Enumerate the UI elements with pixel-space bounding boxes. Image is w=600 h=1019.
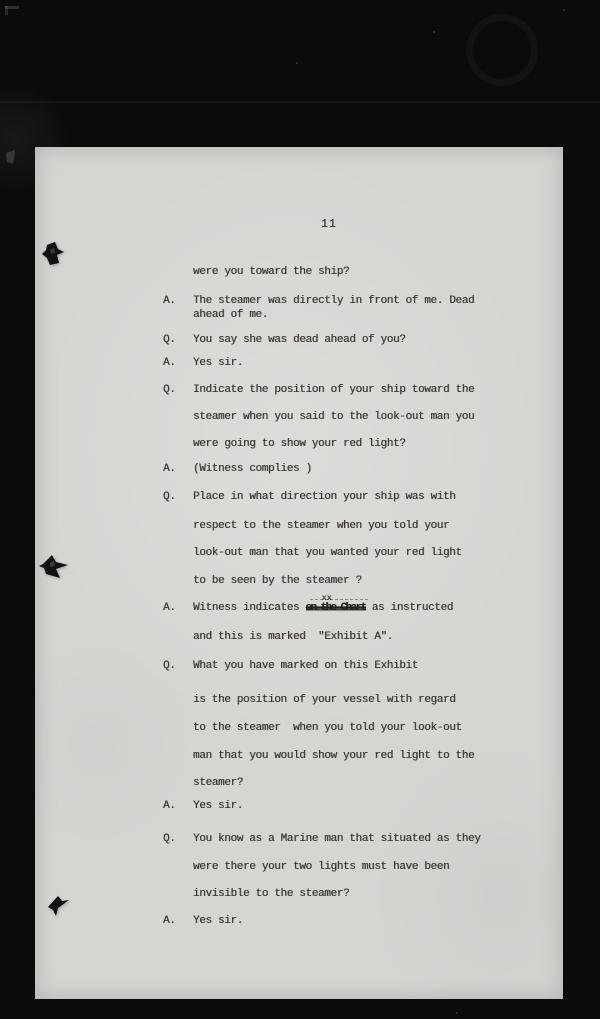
speaker-letter [163, 722, 193, 734]
line-text: The steamer was directly in front of me.… [193, 295, 474, 307]
transcript-line: invisible to the steamer? [163, 888, 349, 900]
speaker-letter [163, 694, 193, 706]
speaker-letter [163, 520, 193, 532]
speaker-letter [163, 888, 193, 900]
speaker-letter: A. [163, 295, 193, 307]
line-text: invisible to the steamer? [193, 888, 349, 900]
transcript-line: A. Witness indicates xxon the Chart as i… [163, 602, 453, 614]
speaker-letter [163, 266, 193, 278]
line-text: You know as a Marine man that situated a… [193, 833, 481, 845]
line-text: man that you would show your red light t… [193, 750, 474, 762]
film-speck [433, 31, 435, 33]
speaker-letter: Q. [163, 334, 193, 346]
transcript-line: Q. Place in what direction your ship was… [163, 491, 456, 503]
film-ring-artifact [466, 14, 538, 86]
speaker-letter [163, 777, 193, 789]
line-text: Yes sir. [193, 800, 243, 812]
line-text: and this is marked "Exhibit A". [193, 631, 393, 643]
transcript-line: A. (Witness complies ) [163, 463, 312, 475]
speaker-letter: A. [163, 463, 193, 475]
struck-out-segment: xxon the Chart [306, 602, 366, 614]
line-text: were you toward the ship? [193, 266, 349, 278]
transcript-line: Q. Indicate the position of your ship to… [163, 384, 474, 396]
transcript-line: were there your two lights must have bee… [163, 861, 449, 873]
transcript-line: A. Yes sir. [163, 357, 243, 369]
transcript-line: ahead of me. [163, 309, 268, 321]
line-text: Indicate the position of your ship towar… [193, 384, 474, 396]
film-scanline-artifact [0, 101, 600, 103]
speaker-letter [163, 547, 193, 559]
transcript-line: A. The steamer was directly in front of … [163, 295, 474, 307]
struck-out-text: on the Chart [306, 602, 366, 614]
film-speck [456, 1012, 458, 1014]
transcript-line: look-out man that you wanted your red li… [163, 547, 462, 559]
speaker-letter: Q. [163, 660, 193, 672]
transcript-line: steamer when you said to the look-out ma… [163, 411, 474, 423]
transcript-line: were going to show your red light? [163, 438, 406, 450]
transcript-line: respect to the steamer when you told you… [163, 520, 449, 532]
line-text: were going to show your red light? [193, 438, 406, 450]
speaker-letter [163, 631, 193, 643]
line-text-post: as instructed [366, 602, 454, 614]
speaker-letter [163, 750, 193, 762]
speaker-letter [163, 411, 193, 423]
transcript-line: man that you would show your red light t… [163, 750, 474, 762]
transcript-line: A. Yes sir. [163, 915, 243, 927]
speaker-letter [163, 575, 193, 587]
line-text: Witness indicates xxon the Chart as inst… [193, 602, 453, 614]
transcript-line: is the position of your vessel with rega… [163, 694, 456, 706]
speaker-letter: A. [163, 602, 193, 614]
line-text: look-out man that you wanted your red li… [193, 547, 462, 559]
line-text: to be seen by the steamer ? [193, 575, 362, 587]
speaker-letter: Q. [163, 384, 193, 396]
speaker-letter: A. [163, 357, 193, 369]
transcript-line: to the steamer when you told your look-o… [163, 722, 462, 734]
line-text: were there your two lights must have bee… [193, 861, 449, 873]
line-text: Place in what direction your ship was wi… [193, 491, 456, 503]
line-text: to the steamer when you told your look-o… [193, 722, 462, 734]
transcript-line: and this is marked "Exhibit A". [163, 631, 393, 643]
transcript-line: Q. What you have marked on this Exhibit [163, 660, 418, 672]
film-speck [296, 62, 298, 64]
speaker-letter: Q. [163, 833, 193, 845]
overtype-mark: xx [322, 593, 332, 603]
transcript-line: A. Yes sir. [163, 800, 243, 812]
transcript-line: were you toward the ship? [163, 266, 349, 278]
line-text: You say she was dead ahead of you? [193, 334, 406, 346]
line-text: is the position of your vessel with rega… [193, 694, 456, 706]
transcript-line: Q. You know as a Marine man that situate… [163, 833, 481, 845]
punch-hole-tear-middle [38, 553, 70, 583]
line-text: Yes sir. [193, 357, 243, 369]
document-page: 11 were you toward the ship? A. The stea… [35, 147, 563, 999]
transcript-line: steamer? [163, 777, 243, 789]
line-text: Yes sir. [193, 915, 243, 927]
line-text: ahead of me. [193, 309, 268, 321]
speaker-letter [163, 438, 193, 450]
line-text-pre: Witness indicates [193, 602, 306, 614]
line-text: steamer when you said to the look-out ma… [193, 411, 474, 423]
film-corner-mark [5, 6, 8, 15]
speaker-letter [163, 861, 193, 873]
speaker-letter [163, 309, 193, 321]
transcript-line: Q. You say she was dead ahead of you? [163, 334, 406, 346]
speaker-letter: A. [163, 915, 193, 927]
speaker-letter: Q. [163, 491, 193, 503]
line-text: steamer? [193, 777, 243, 789]
transcript-line: to be seen by the steamer ? [163, 575, 362, 587]
line-text: respect to the steamer when you told you… [193, 520, 449, 532]
punch-hole-tear-bottom [47, 894, 73, 920]
microfilm-scan-frame: 11 were you toward the ship? A. The stea… [0, 0, 600, 1019]
speaker-letter: A. [163, 800, 193, 812]
line-text: (Witness complies ) [193, 463, 312, 475]
film-speck [563, 9, 565, 11]
page-number: 11 [321, 218, 337, 231]
line-text: What you have marked on this Exhibit [193, 660, 418, 672]
punch-hole-tear-top [41, 241, 67, 271]
